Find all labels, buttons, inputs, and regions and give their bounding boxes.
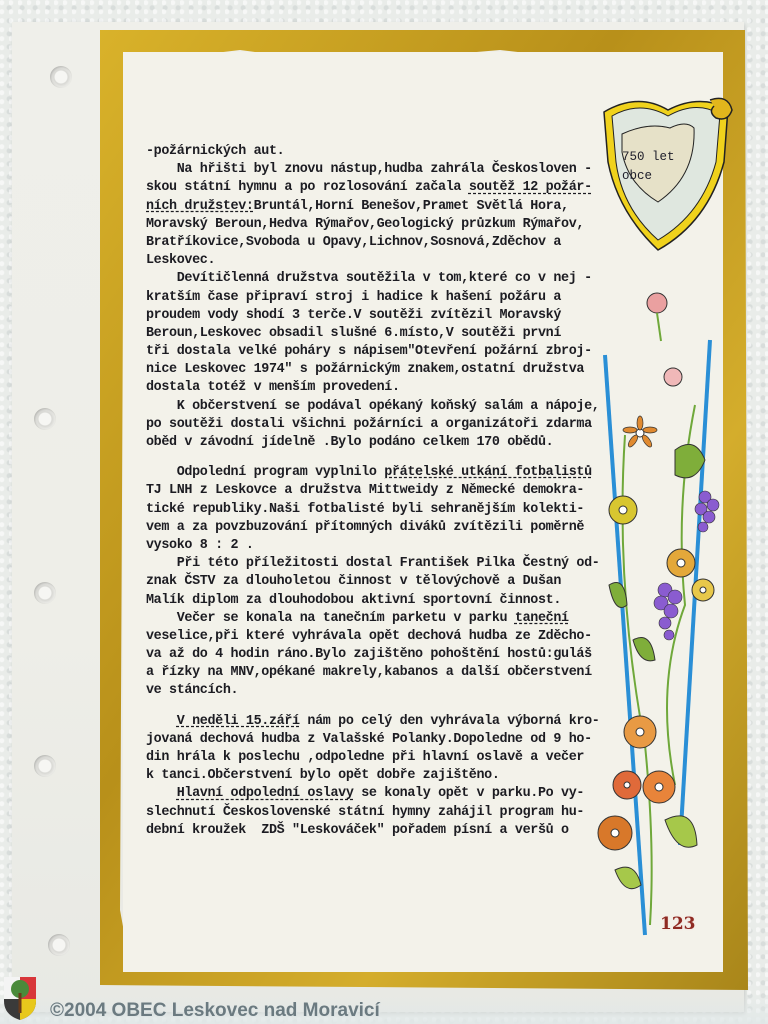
text-line: nice Leskovec 1974" s požárnickým znakem… (146, 361, 606, 379)
text-line: znak ČSTV za dlouholetou činnost v tělov… (146, 573, 606, 591)
text-span (146, 714, 177, 729)
text-span: vysoko 8 : 2 . (146, 538, 254, 553)
text-span: tické republiky.Naši fotbalisté byli seh… (146, 502, 584, 517)
text-line: tické republiky.Naši fotbalisté byli seh… (146, 501, 606, 519)
text-line: Při této příležitosti dostal František P… (146, 555, 606, 573)
text-span: po soutěži dostali všichni požárníci a o… (146, 417, 592, 432)
punch-hole (34, 582, 56, 604)
text-line: Malík diplom za dlouhodobou aktivní spor… (146, 592, 606, 610)
text-span: ve stáncích. (146, 683, 238, 698)
text-span: Devítičlenná družstva soutěžila v tom,kt… (146, 271, 592, 286)
text-span: Moravský Beroun,Hedva Rýmařov,Geologický… (146, 217, 584, 232)
text-span: Leskovec. (146, 253, 215, 268)
text-span: Malík diplom za dlouhodobou aktivní spor… (146, 593, 561, 608)
text-span: tři dostala velké poháry s nápisem"Otevř… (146, 344, 592, 359)
copyright-text: ©2004 OBEC Leskovec nad Moravicí (50, 1000, 380, 1022)
shield-label-line: obce (622, 167, 692, 186)
shield-label-line: 750 let (622, 148, 692, 167)
text-span: kratším čase připraví stroj i hadice k h… (146, 290, 561, 305)
text-span: oběd v závodní jídelně .Bylo podáno celk… (146, 435, 553, 450)
text-span: Odpolední program vyplnilo (146, 465, 384, 480)
text-line: kratším čase připraví stroj i hadice k h… (146, 289, 606, 307)
underlined-text: přátelské utkání fotbalistů (384, 465, 592, 480)
text-line: dostala totéž v menším provedení. (146, 379, 606, 397)
text-span: slechnutí Československé státní hymny za… (146, 805, 584, 820)
text-line: dební kroužek ZDŠ "Leskováček" pořadem p… (146, 822, 606, 840)
text-span: Na hřišti byl znovu nástup,hudba zahrála… (146, 162, 592, 177)
paragraph-gap (146, 452, 606, 464)
shield-label: 750 let obce (622, 148, 692, 186)
text-line: Moravský Beroun,Hedva Rýmařov,Geologický… (146, 216, 606, 234)
punch-hole (34, 755, 56, 777)
text-line: K občerstvení se podával opékaný koňský … (146, 398, 606, 416)
text-span: znak ČSTV za dlouholetou činnost v tělov… (146, 574, 561, 589)
underlined-text: Hlavní odpolední oslavy (177, 786, 354, 801)
text-line: slechnutí Československé státní hymny za… (146, 804, 606, 822)
text-line: jovaná dechová hudba z Valašské Polanky.… (146, 731, 606, 749)
text-line: va až do 4 hodin ráno.Bylo zajištěno poh… (146, 646, 606, 664)
text-line: vem a za povzbuzování přítomných diváků … (146, 519, 606, 537)
text-span: K občerstvení se podával opékaný koňský … (146, 399, 599, 414)
text-span (146, 786, 177, 801)
text-line: Odpolední program vyplnilo přátelské utk… (146, 464, 606, 482)
text-line: Beroun,Leskovec obsadil slušné 6.místo,V… (146, 325, 606, 343)
text-span: se konaly opět v parku.Po vy- (354, 786, 585, 801)
floral-vine-illustration (585, 285, 755, 945)
text-line: -požárnických aut. (146, 143, 606, 161)
text-line: din hrála k poslechu ,odpoledne při hlav… (146, 749, 606, 767)
text-span: TJ LNH z Leskovce a družstva Mittweidy z… (146, 483, 584, 498)
text-line: Bratříkovice,Svoboda u Opavy,Lichnov,Sos… (146, 234, 606, 252)
text-line: skou státní hymnu a po rozlosování začal… (146, 179, 606, 197)
text-line: tři dostala velké poháry s nápisem"Otevř… (146, 343, 606, 361)
text-line: k tanci.Občerstvení bylo opět dobře zaji… (146, 767, 606, 785)
text-span: skou státní hymnu a po rozlosování začal… (146, 180, 469, 195)
text-span: Bratříkovice,Svoboda u Opavy,Lichnov,Sos… (146, 235, 561, 250)
text-span: nám po celý den vyhrávala výborná kro- (300, 714, 600, 729)
punch-hole (48, 934, 70, 956)
text-span: va až do 4 hodin ráno.Bylo zajištěno poh… (146, 647, 592, 662)
text-line: proudem vody shodí 3 terče.V soutěži zví… (146, 307, 606, 325)
text-line: TJ LNH z Leskovce a družstva Mittweidy z… (146, 482, 606, 500)
text-line: veselice,při které vyhrávala opět dechov… (146, 628, 606, 646)
municipal-coat-of-arms-icon (2, 975, 38, 1021)
text-span: Při této příležitosti dostal František P… (146, 556, 599, 571)
text-span: jovaná dechová hudba z Valašské Polanky.… (146, 732, 592, 747)
punch-hole (50, 66, 72, 88)
text-span: veselice,při které vyhrávala opět dechov… (146, 629, 592, 644)
typewritten-text: -požárnických aut. Na hřišti byl znovu n… (146, 143, 606, 840)
text-line: a řízky na MNV,opékané makrely,kabanos a… (146, 664, 606, 682)
text-span: proudem vody shodí 3 terče.V soutěži zví… (146, 308, 561, 323)
text-span: a řízky na MNV,opékané makrely,kabanos a… (146, 665, 592, 680)
text-span: Bruntál,Horní Benešov,Pramet Světlá Hora… (254, 199, 569, 214)
text-line: Večer se konala na tanečním parketu v pa… (146, 610, 606, 628)
paragraph-gap (146, 701, 606, 713)
underlined-text: V neděli 15.září (177, 714, 300, 729)
text-span: vem a za povzbuzování přítomných diváků … (146, 520, 584, 535)
text-line: Na hřišti byl znovu nástup,hudba zahrála… (146, 161, 606, 179)
page-number: 123 (660, 914, 696, 934)
underlined-text: ních družstev: (146, 199, 254, 214)
text-span: k tanci.Občerstvení bylo opět dobře zaji… (146, 768, 500, 783)
text-span: -požárnických aut. (146, 144, 284, 159)
text-line: vysoko 8 : 2 . (146, 537, 606, 555)
text-line: Hlavní odpolední oslavy se konaly opět v… (146, 785, 606, 803)
punch-hole (34, 408, 56, 430)
text-line: V neděli 15.září nám po celý den vyhráva… (146, 713, 606, 731)
text-span: din hrála k poslechu ,odpoledne při hlav… (146, 750, 584, 765)
text-line: oběd v závodní jídelně .Bylo podáno celk… (146, 434, 606, 452)
text-span: Večer se konala na tanečním parketu v pa… (146, 611, 515, 626)
text-line: Devítičlenná družstva soutěžila v tom,kt… (146, 270, 606, 288)
text-span: dostala totéž v menším provedení. (146, 380, 400, 395)
text-line: ve stáncích. (146, 682, 606, 700)
text-span: Beroun,Leskovec obsadil slušné 6.místo,V… (146, 326, 561, 341)
text-line: po soutěži dostali všichni požárníci a o… (146, 416, 606, 434)
text-span: dební kroužek ZDŠ "Leskováček" pořadem p… (146, 823, 569, 838)
text-line: Leskovec. (146, 252, 606, 270)
underlined-text: taneční (515, 611, 569, 626)
text-line: ních družstev:Bruntál,Horní Benešov,Pram… (146, 198, 606, 216)
text-span: nice Leskovec 1974" s požárnickým znakem… (146, 362, 584, 377)
underlined-text: soutěž 12 požár- (469, 180, 592, 195)
